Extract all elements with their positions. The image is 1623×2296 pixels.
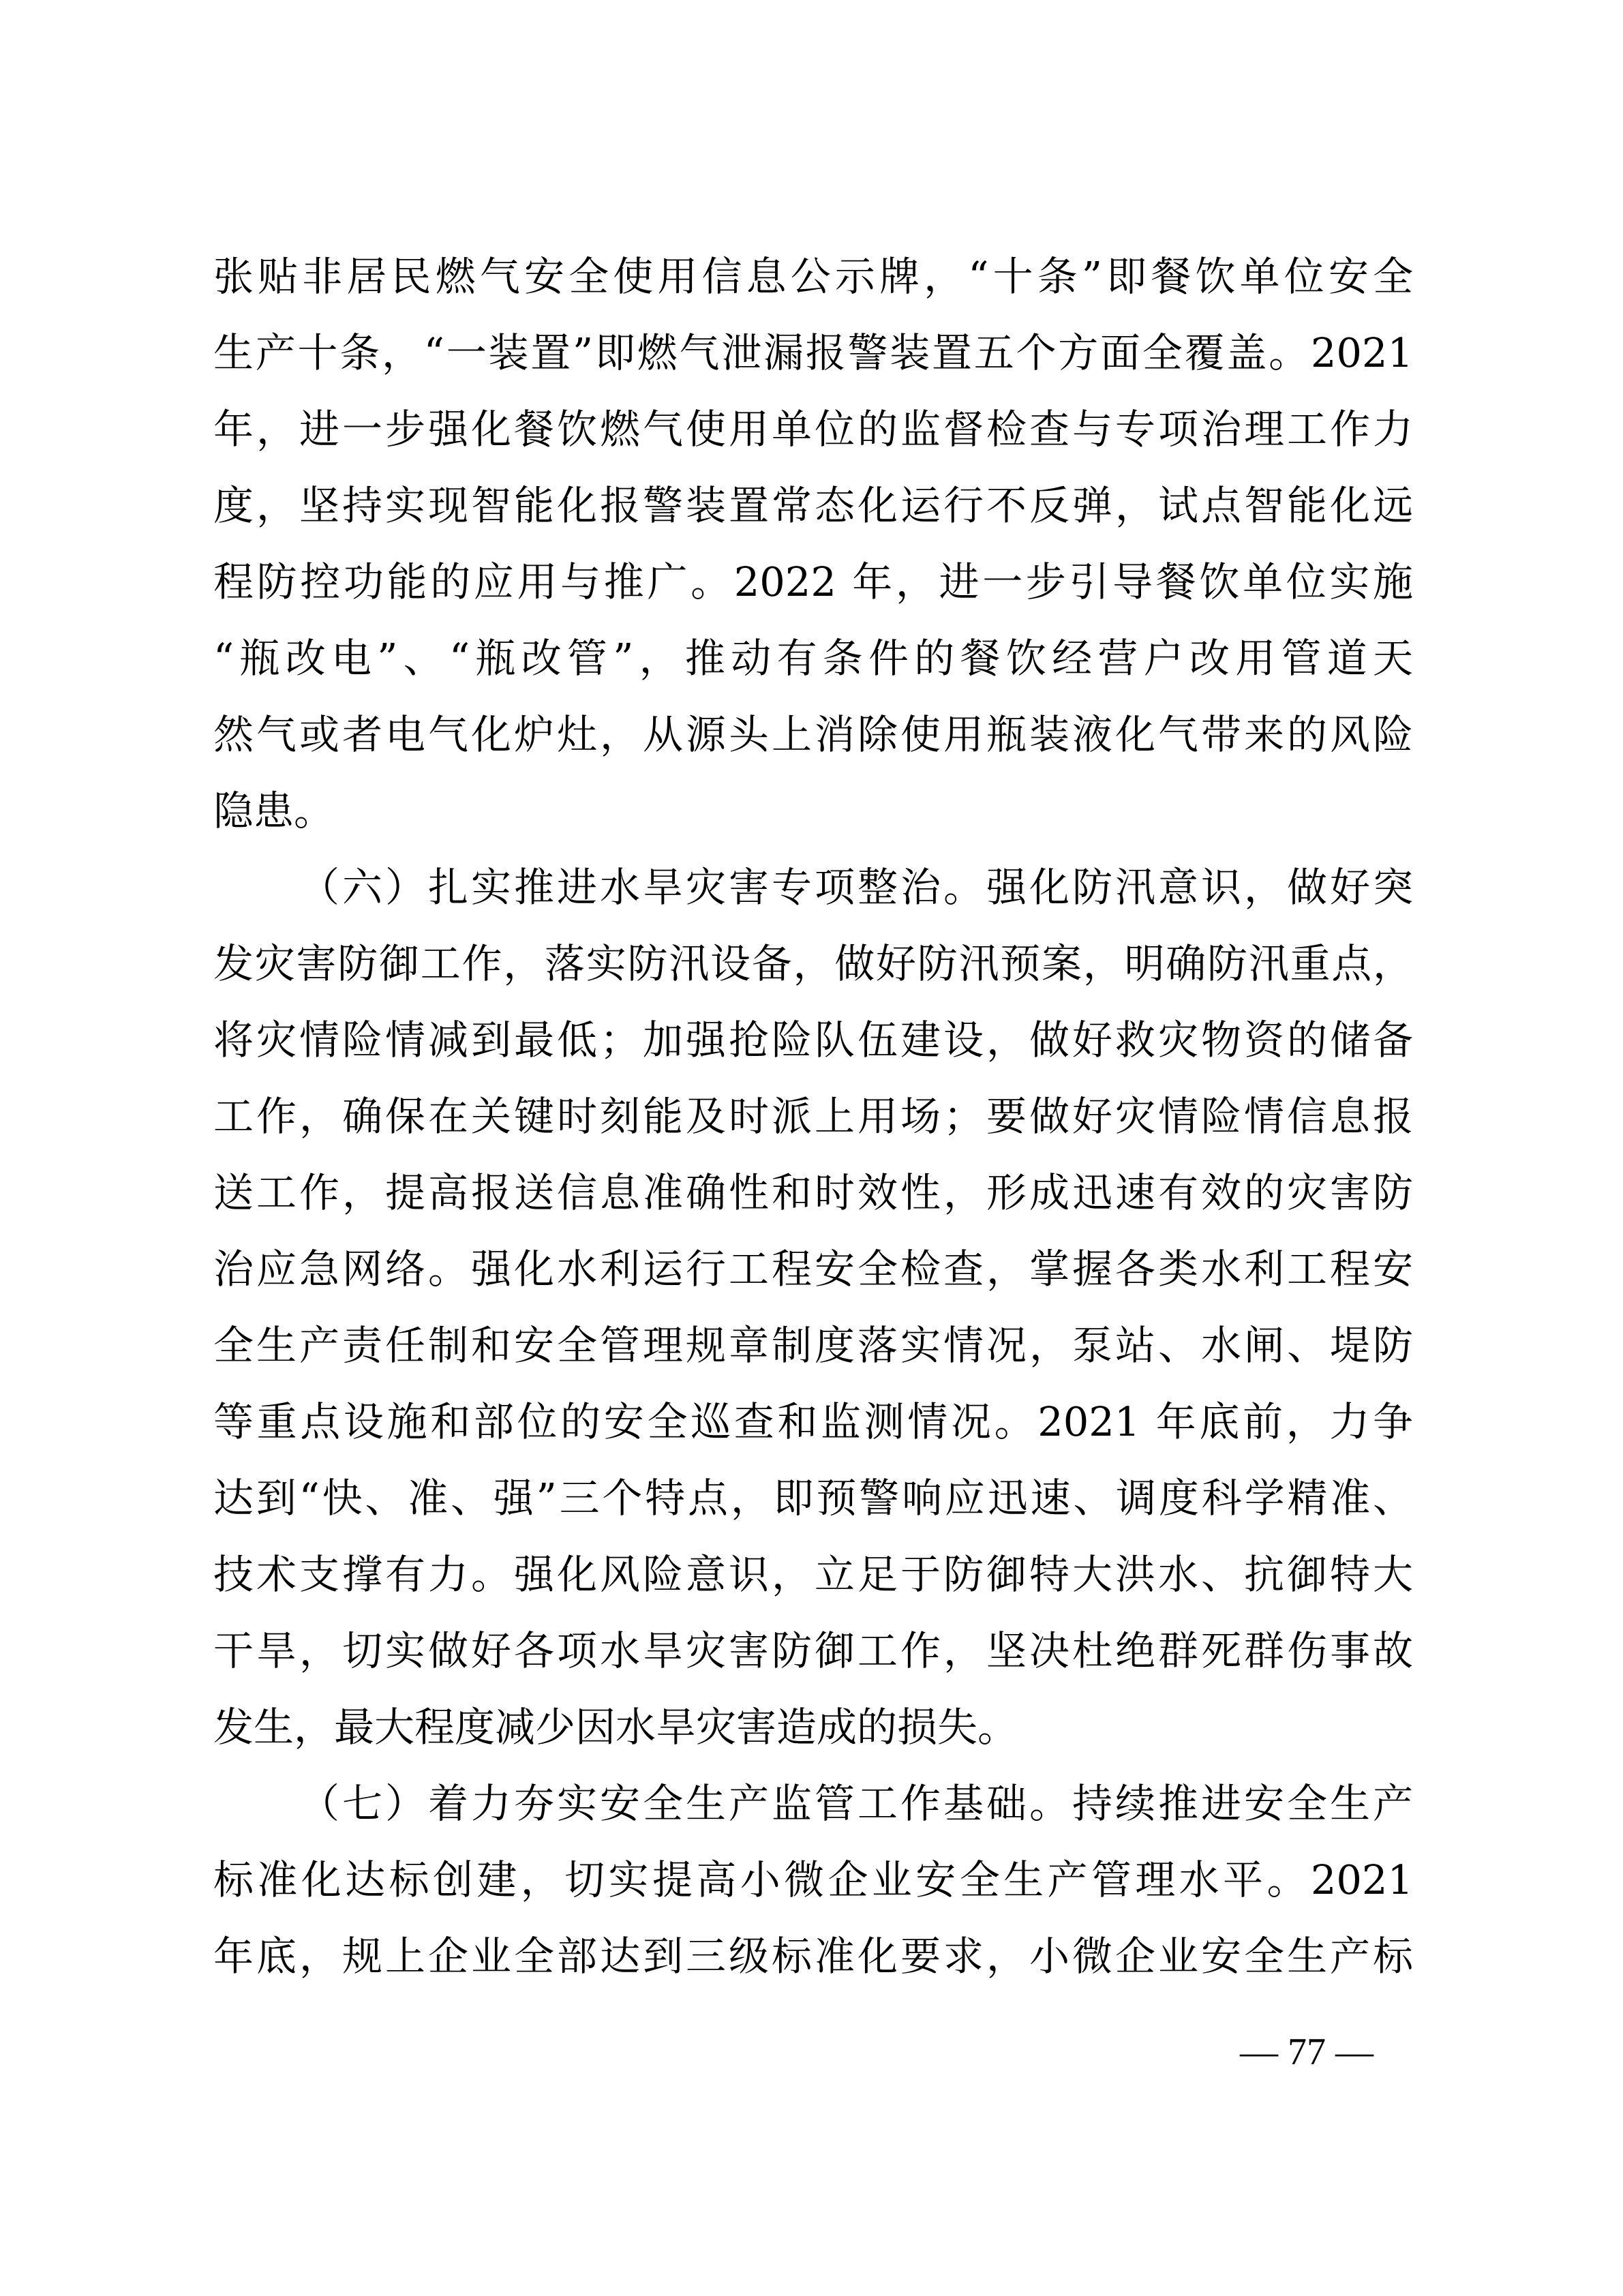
text-line: 干旱，切实做好各项水旱灾害防御工作，坚决杜绝群死群伤事故 bbox=[213, 1613, 1413, 1689]
text-line: “瓶改电”、“瓶改管”，推动有条件的餐饮经营户改用管道天 bbox=[213, 620, 1413, 697]
paragraph-gas-safety: 张贴非居民燃气安全使用信息公示牌，“十条”即餐饮单位安全 生产十条，“一装置”即… bbox=[213, 239, 1413, 849]
text-line: 工作，确保在关键时刻能及时派上用场；要做好灾情险情信息报 bbox=[213, 1078, 1413, 1155]
text-line: 达到“快、准、强”三个特点，即预警响应迅速、调度科学精准、 bbox=[213, 1460, 1413, 1537]
document-page: 张贴非居民燃气安全使用信息公示牌，“十条”即餐饮单位安全 生产十条，“一装置”即… bbox=[0, 0, 1623, 2296]
text-line: 张贴非居民燃气安全使用信息公示牌，“十条”即餐饮单位安全 bbox=[213, 239, 1413, 315]
text-line: 发灾害防御工作，落实防汛设备，做好防汛预案，明确防汛重点， bbox=[213, 926, 1413, 1002]
text-line: 技术支撑有力。强化风险意识，立足于防御特大洪水、抗御特大 bbox=[213, 1537, 1413, 1613]
text-line: 程防控功能的应用与推广。2022 年，进一步引导餐饮单位实施 bbox=[213, 544, 1413, 620]
section-first-line-text: 持续推进安全生产 bbox=[1072, 1780, 1413, 1827]
text-line: 隐患。 bbox=[213, 773, 1413, 849]
text-line: 年底，规上企业全部达到三级标准化要求，小微企业安全生产标 bbox=[213, 1918, 1413, 1995]
text-line: 年，进一步强化餐饮燃气使用单位的监督检查与专项治理工作力 bbox=[213, 391, 1413, 468]
text-line: 治应急网络。强化水利运行工程安全检查，掌握各类水利工程安 bbox=[213, 1231, 1413, 1308]
body-text: 张贴非居民燃气安全使用信息公示牌，“十条”即餐饮单位安全 生产十条，“一装置”即… bbox=[213, 239, 1413, 1995]
section-seven-supervision-foundation: （七）着力夯实安全生产监管工作基础。持续推进安全生产 标准化达标创建，切实提高小… bbox=[213, 1766, 1413, 1995]
page-number: — 77 — bbox=[1235, 2028, 1378, 2076]
section-six-flood-drought: （六）扎实推进水旱灾害专项整治。强化防汛意识，做好突 发灾害防御工作，落实防汛设… bbox=[213, 849, 1413, 1766]
section-heading: （七）着力夯实安全生产监管工作基础。 bbox=[299, 1780, 1072, 1827]
text-line: 将灾情险情减到最低；加强抢险队伍建设，做好救灾物资的储备 bbox=[213, 1002, 1413, 1078]
text-line: 等重点设施和部位的安全巡查和监测情况。2021 年底前，力争 bbox=[213, 1384, 1413, 1460]
text-line: 然气或者电气化炉灶，从源头上消除使用瓶装液化气带来的风险 bbox=[213, 697, 1413, 773]
text-line: 送工作，提高报送信息准确性和时效性，形成迅速有效的灾害防 bbox=[213, 1155, 1413, 1231]
section-first-line: （七）着力夯实安全生产监管工作基础。持续推进安全生产 bbox=[213, 1766, 1413, 1842]
text-line: 标准化达标创建，切实提高小微企业安全生产管理水平。2021 bbox=[213, 1842, 1413, 1918]
section-first-line: （六）扎实推进水旱灾害专项整治。强化防汛意识，做好突 bbox=[213, 849, 1413, 926]
text-line: 全生产责任制和安全管理规章制度落实情况，泵站、水闸、堤防 bbox=[213, 1308, 1413, 1384]
section-first-line-text: 强化防汛意识，做好突 bbox=[986, 864, 1413, 911]
text-line: 发生，最大程度减少因水旱灾害造成的损失。 bbox=[213, 1689, 1413, 1766]
section-heading: （六）扎实推进水旱灾害专项整治。 bbox=[299, 864, 986, 911]
text-line: 度，坚持实现智能化报警装置常态化运行不反弹，试点智能化远 bbox=[213, 468, 1413, 544]
text-line: 生产十条，“一装置”即燃气泄漏报警装置五个方面全覆盖。2021 bbox=[213, 315, 1413, 391]
